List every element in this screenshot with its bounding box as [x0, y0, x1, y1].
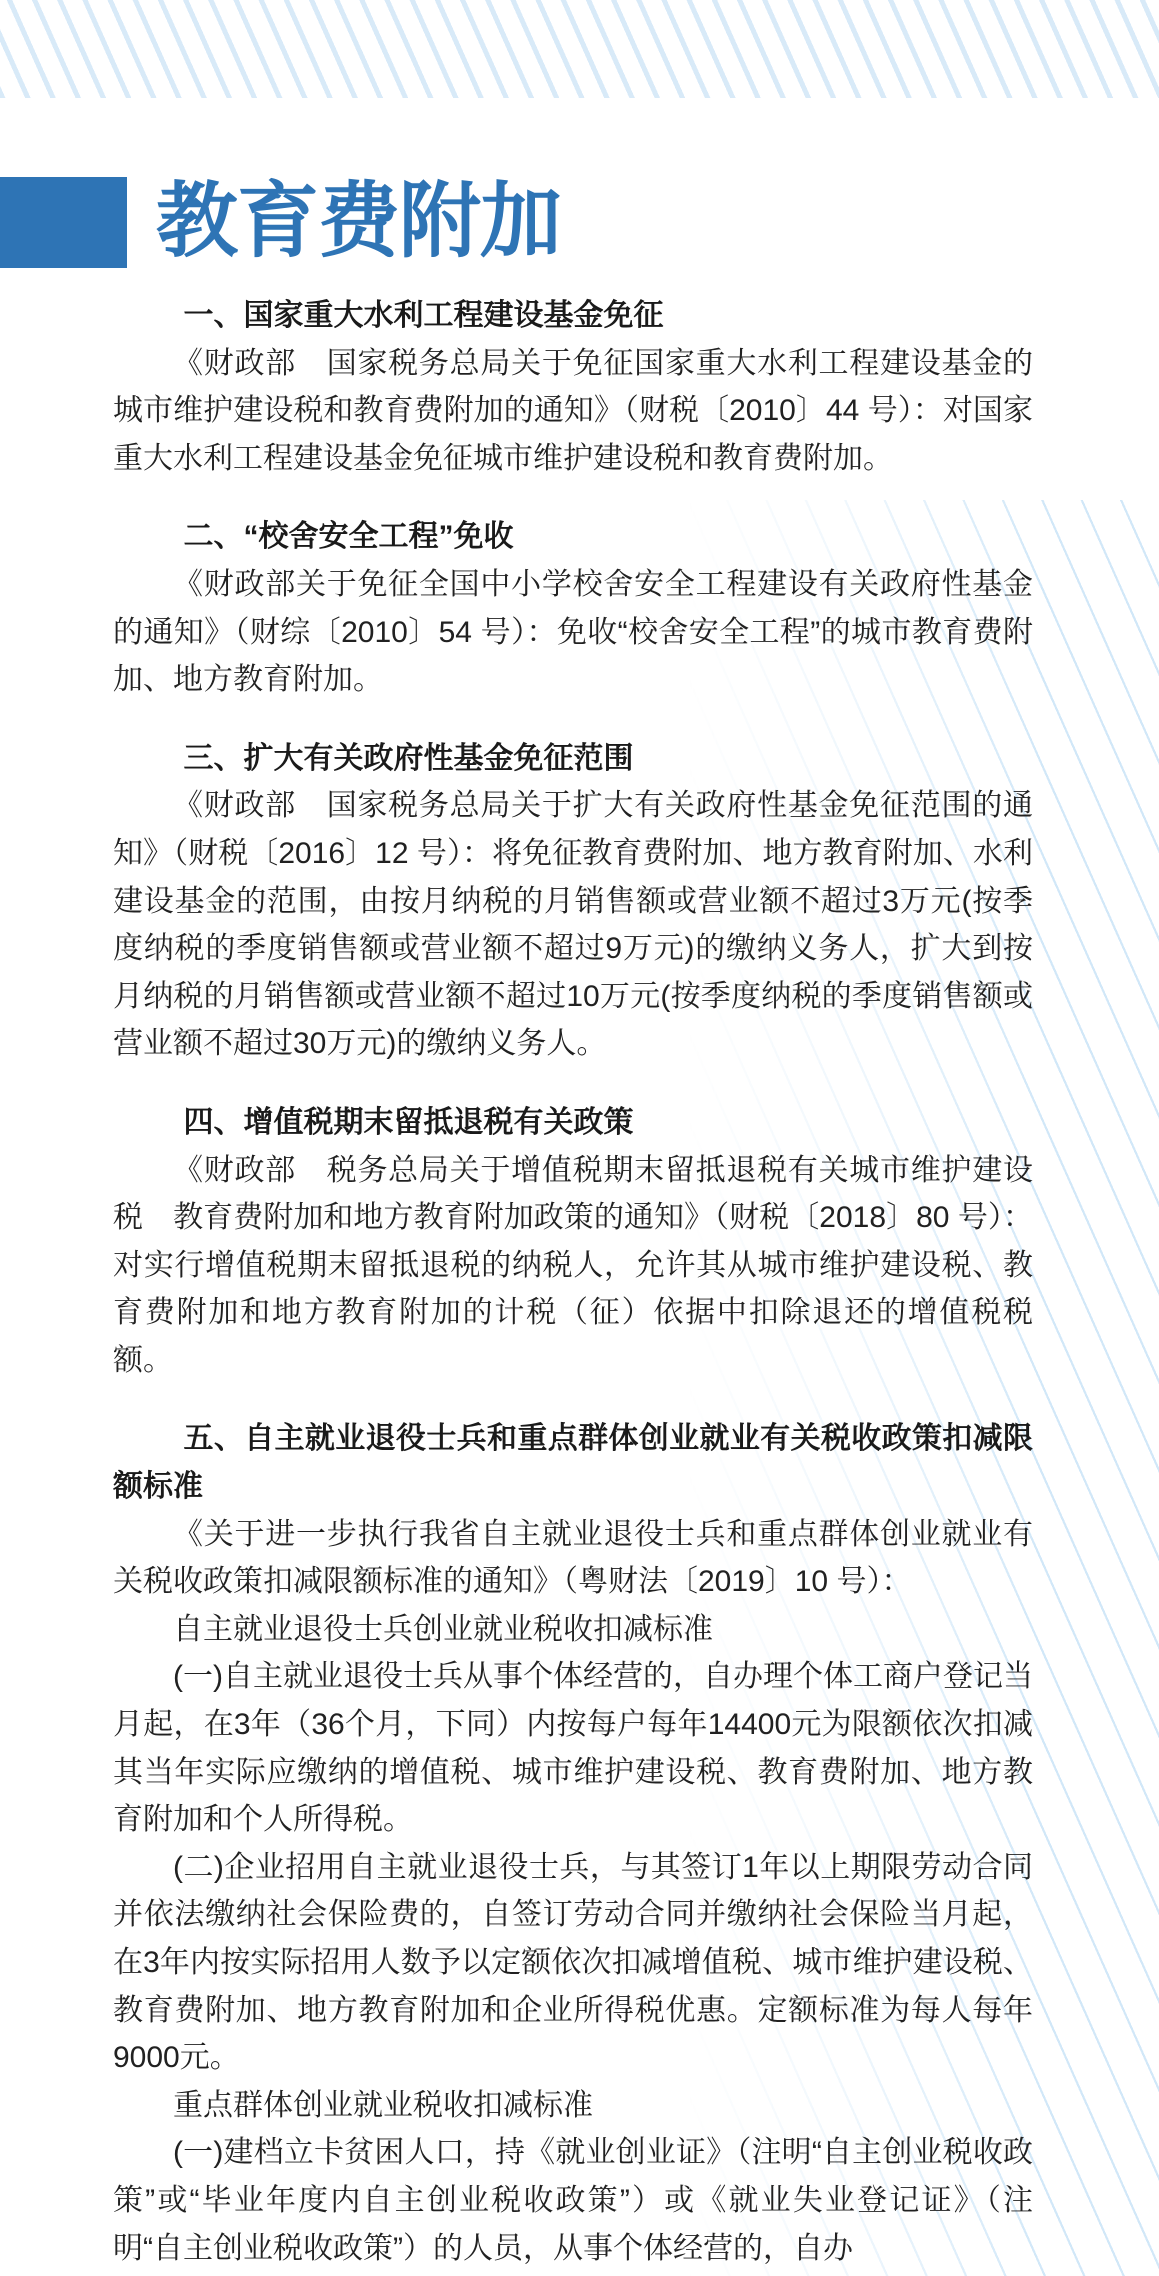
section-4: 四、增值税期末留抵退税有关政策 《财政部 税务总局关于增值税期末留抵退税有关城市…: [113, 1099, 1033, 1385]
header-stripes-band: [0, 0, 1159, 98]
title-accent-square: [0, 177, 127, 268]
section-4-paragraph: 《财政部 税务总局关于增值税期末留抵退税有关城市维护建设税 教育费附加和地方教育…: [113, 1147, 1033, 1385]
section-1: 一、国家重大水利工程建设基金免征 《财政部 国家税务总局关于免征国家重大水利工程…: [113, 292, 1033, 482]
section-5: 五、自主就业退役士兵和重点群体创业就业有关税收政策扣减限额标准 《关于进一步执行…: [113, 1415, 1033, 2272]
title-block: 教育费附加: [0, 176, 561, 268]
section-1-heading: 一、国家重大水利工程建设基金免征: [113, 292, 1033, 340]
section-3-heading: 三、扩大有关政府性基金免征范围: [113, 735, 1033, 783]
page-title: 教育费附加: [156, 181, 561, 263]
section-2: 二、“校舍安全工程”免收 《财政部关于免征全国中小学校舍安全工程建设有关政府性基…: [113, 513, 1033, 703]
section-5-paragraph: (一)自主就业退役士兵从事个体经营的，自办理个体工商户登记当月起，在3年（36个…: [113, 1653, 1033, 1843]
section-4-heading: 四、增值税期末留抵退税有关政策: [113, 1099, 1033, 1147]
section-3-paragraph: 《财政部 国家税务总局关于扩大有关政府性基金免征范围的通知》（财税〔2016〕1…: [113, 782, 1033, 1068]
section-5-paragraph: (一)建档立卡贫困人口，持《就业创业证》（注明“自主创业税收政策”或“毕业年度内…: [113, 2129, 1033, 2272]
section-5-paragraph: (二)企业招用自主就业退役士兵，与其签订1年以上期限劳动合同并依法缴纳社会保险费…: [113, 1844, 1033, 2082]
section-5-heading: 五、自主就业退役士兵和重点群体创业就业有关税收政策扣减限额标准: [113, 1415, 1033, 1510]
document-body: 一、国家重大水利工程建设基金免征 《财政部 国家税务总局关于免征国家重大水利工程…: [113, 292, 1033, 2272]
section-5-subheading-key-groups: 重点群体创业就业税收扣减标准: [113, 2082, 1033, 2130]
section-3: 三、扩大有关政府性基金免征范围 《财政部 国家税务总局关于扩大有关政府性基金免征…: [113, 735, 1033, 1068]
section-5-subheading-veterans: 自主就业退役士兵创业就业税收扣减标准: [113, 1606, 1033, 1654]
section-2-heading: 二、“校舍安全工程”免收: [113, 513, 1033, 561]
document-page: 教育费附加 一、国家重大水利工程建设基金免征 《财政部 国家税务总局关于免征国家…: [0, 0, 1159, 2276]
section-1-paragraph: 《财政部 国家税务总局关于免征国家重大水利工程建设基金的城市维护建设税和教育费附…: [113, 340, 1033, 483]
section-5-paragraph: 《关于进一步执行我省自主就业退役士兵和重点群体创业就业有关税收政策扣减限额标准的…: [113, 1511, 1033, 1606]
section-2-paragraph: 《财政部关于免征全国中小学校舍安全工程建设有关政府性基金的通知》（财综〔2010…: [113, 561, 1033, 704]
